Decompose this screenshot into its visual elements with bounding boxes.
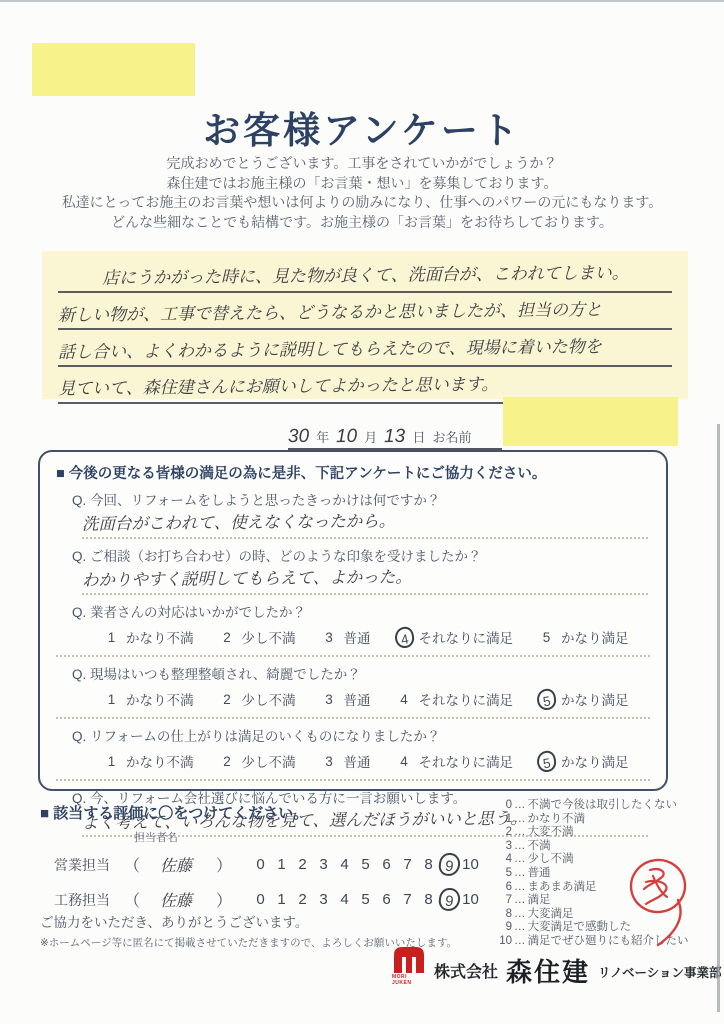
handwritten-text: 店にうかがった時に、見た物が良くて、洗面台が、こわれてしまい。: [102, 256, 629, 293]
option-item: 3普通: [320, 751, 371, 772]
legend-separator: …: [514, 853, 526, 867]
option-number: 1: [102, 627, 121, 648]
legend-separator: …: [514, 799, 526, 813]
score-number: 0: [250, 853, 271, 876]
survey-box: ■ 今後の更なる皆様の満足の為に是非、下記アンケートにご協力ください。 Q. 今…: [38, 450, 668, 791]
handwritten-message-panel: 店にうかがった時に、見た物が良くて、洗面台が、こわれてしまい。 新しい物が、工事…: [42, 251, 688, 399]
option-number: 2: [218, 751, 237, 772]
option-label: それなりに満足: [419, 689, 514, 709]
option-label: 少し不満: [242, 627, 296, 647]
option-item: 5かなり満足: [537, 689, 629, 710]
intro-line: 森住建ではお施主様の「お言葉・想い」を募集しております。: [0, 174, 724, 194]
score-number: 5: [355, 853, 376, 876]
rating-row-sales: 営業担当 （ 佐藤 ） 012345678910: [54, 849, 500, 880]
legend-text: 大変不満: [528, 826, 574, 840]
selected-option-circle: 5: [535, 687, 557, 711]
option-item: 4それなりに満足: [395, 689, 514, 710]
date-day-label: 日: [412, 430, 425, 446]
options-row: 1かなり不満2少し不満3普通4それなりに満足5かなり満足: [102, 749, 650, 773]
legend-number: 2: [494, 826, 512, 840]
logo-m-icon: MORI JUKEN: [392, 945, 426, 986]
score-number: 7: [397, 888, 418, 911]
scan-edge-right: [717, 424, 720, 1012]
question-text: Q. 業者さんの対応はいかがでしたか？: [72, 601, 650, 621]
question-text: Q. ご相談（お打ち合わせ）の時、どのような印象を受けましたか？: [72, 545, 650, 565]
score-number: 5: [355, 888, 376, 911]
legend-text: 大変満足で感動した: [528, 921, 632, 935]
option-item: 1かなり不満: [102, 627, 194, 648]
score-number: 1: [271, 888, 292, 911]
legend-separator: …: [514, 813, 526, 827]
legend-number: 8: [494, 908, 512, 922]
page-title: お客様アンケート: [0, 100, 724, 154]
paren-close: ）: [216, 888, 228, 911]
option-number: 4: [395, 689, 414, 710]
date-year-label: 年: [316, 430, 329, 446]
rating-row-label: 営業担当: [54, 855, 124, 875]
options-row: 1かなり不満2少し不満3普通4それなりに満足5かなり満足: [102, 687, 650, 711]
intro-line: どんな些細なことでも結構です。お施主様の「お言葉」をお待ちしております。: [0, 213, 724, 233]
question-block-5: Q. リフォームの仕上がりは満足のいくものになりましたか？ 1かなり不満2少し不…: [56, 725, 650, 781]
message-line: 新しい物が、工事で替えたら、どうなるかと思いましたが、担当の方と: [58, 293, 672, 330]
company-division: リノベーション事業部: [598, 963, 722, 986]
option-number: 3: [320, 627, 339, 648]
option-number: 2: [218, 627, 237, 648]
message-line: 話し合い、よくわかるように説明してもらえたので、現場に着いた物を: [58, 330, 672, 367]
option-number: 1: [102, 689, 121, 710]
handwritten-answer: 洗面台がこわれて、使えなくなったから。: [82, 510, 648, 539]
rating-scale: 012345678910: [250, 888, 481, 911]
score-number: 4: [334, 853, 355, 876]
option-number: 2: [218, 689, 237, 710]
options-row: 1かなり不満2少し不満3普通4それなりに満足5かなり満足: [102, 625, 650, 649]
staff-name-handwritten: 佐藤: [136, 888, 216, 912]
option-item: 3普通: [320, 627, 371, 648]
rating-row-label: 工務担当: [54, 890, 124, 910]
selected-score-circle: 9: [438, 852, 462, 878]
paren-close: ）: [216, 853, 228, 876]
logo-caption: MORI JUKEN: [392, 974, 426, 986]
legend-separator: …: [514, 881, 526, 895]
handwritten-text: わかりやすく説明してもらえて、よかった。: [82, 564, 412, 594]
question-text: Q. リフォームの仕上がりは満足のいくものになりましたか？: [72, 725, 650, 745]
thanks-text: ご協力をいただき、ありがとうございます。: [40, 911, 308, 931]
dotted-separator: [56, 777, 650, 781]
score-number: 0: [250, 888, 271, 911]
legend-number: 1: [494, 813, 512, 827]
option-item: 2少し不満: [218, 689, 296, 710]
scan-top-edge: [0, 0, 724, 2]
score-number: 10: [460, 888, 481, 911]
name-field-label: お名前: [432, 430, 471, 446]
legend-number: 6: [494, 881, 512, 895]
date-line: 30 年 10 月 13 日 お名前: [288, 413, 502, 450]
legend-item: 1…かなり不満: [494, 813, 689, 827]
legend-separator: …: [514, 826, 526, 840]
score-number: 8: [418, 888, 439, 911]
question-text: Q. 現場はいつも整理整頓され、綺麗でしたか？: [72, 663, 650, 683]
option-item: 3普通: [320, 689, 371, 710]
option-item: 5かなり満足: [537, 751, 629, 772]
legend-number: 9: [494, 921, 512, 935]
option-label: かなり満足: [561, 627, 629, 647]
paren-open: （: [124, 888, 136, 911]
intro-text: 完成おめでとうございます。工事をされていかがでしょうか？ 森住建ではお施主様の「…: [0, 154, 724, 232]
handwritten-answer: わかりやすく説明してもらえて、よかった。: [82, 566, 648, 595]
legend-text: かなり不満: [528, 813, 586, 827]
dotted-separator: [56, 715, 650, 719]
score-number: 4: [334, 888, 355, 911]
survey-section-header: ■ 今後の更なる皆様の満足の為に是非、下記アンケートにご協力ください。: [56, 462, 650, 483]
question-block-2: Q. ご相談（お打ち合わせ）の時、どのような印象を受けましたか？ わかりやすく説…: [56, 545, 650, 595]
legend-text: 少し不満: [528, 853, 574, 867]
scanned-survey-page: お客様アンケート 完成おめでとうございます。工事をされていかがでしょうか？ 森住…: [0, 0, 724, 1024]
paren-open: （: [124, 853, 136, 876]
score-number: 2: [292, 888, 313, 911]
staff-name-label: 担当者名: [134, 829, 500, 845]
legend-number: 5: [494, 867, 512, 881]
selected-score-circle: 9: [438, 887, 462, 913]
score-number: 8: [418, 853, 439, 876]
legend-separator: …: [514, 908, 526, 922]
company-prefix: 株式会社: [434, 959, 498, 986]
name-redaction: [503, 397, 678, 446]
date-year-value: 30: [288, 427, 309, 446]
date-month-label: 月: [364, 430, 377, 446]
score-number: 7: [397, 853, 418, 876]
rating-section-header: ■ 該当する評価に〇をつけてください。: [40, 802, 500, 823]
option-label: 普通: [344, 627, 371, 647]
intro-line: 私達にとってお施主のお言葉や想いは何よりの励みになり、仕事へのパワーの元にもなり…: [0, 193, 724, 213]
rating-section: ■ 該当する評価に〇をつけてください。 担当者名 営業担当 （ 佐藤 ） 012…: [40, 802, 500, 915]
option-label: かなり不満: [126, 689, 194, 709]
question-block-1: Q. 今回、リフォームをしようと思ったきっかけは何ですか？ 洗面台がこわれて、使…: [56, 489, 650, 539]
company-name: 森住建: [506, 958, 590, 986]
legend-separator: …: [514, 840, 526, 854]
legend-number: 7: [494, 894, 512, 908]
question-text: Q. 今回、リフォームをしようと思ったきっかけは何ですか？: [72, 489, 650, 509]
legend-number: 0: [494, 799, 512, 813]
legend-separator: …: [514, 921, 526, 935]
message-line: 店にうかがった時に、見た物が良くて、洗面台が、こわれてしまい。: [58, 256, 672, 293]
legend-text: 不満で今後は取引したくない: [528, 799, 678, 813]
option-item: 1かなり不満: [102, 751, 194, 772]
question-block-4: Q. 現場はいつも整理整頓され、綺麗でしたか？ 1かなり不満2少し不満3普通4そ…: [56, 663, 650, 719]
legend-item: 2…大変不満: [494, 826, 689, 840]
score-number: 3: [313, 888, 334, 911]
score-number: 3: [313, 853, 334, 876]
option-number: 1: [102, 751, 121, 772]
legend-text: 満足: [528, 894, 551, 908]
handwritten-text: 話し合い、よくわかるように説明してもらえたので、現場に着いた物を: [58, 330, 602, 367]
legend-text: まあまあ満足: [528, 881, 597, 895]
option-label: それなりに満足: [419, 751, 514, 771]
question-block-3: Q. 業者さんの対応はいかがでしたか？ 1かなり不満2少し不満3普通4それなりに…: [56, 601, 650, 657]
option-item: 5かなり満足: [537, 627, 629, 648]
legend-separator: …: [514, 894, 526, 908]
legend-separator: …: [514, 867, 526, 881]
dotted-separator: [56, 653, 650, 657]
option-label: 少し不満: [242, 751, 296, 771]
staff-name-handwritten: 佐藤: [136, 853, 216, 877]
option-number: 5: [537, 627, 556, 648]
option-label: かなり不満: [126, 751, 194, 771]
date-month-value: 10: [336, 427, 357, 446]
option-number: 3: [320, 751, 339, 772]
score-number: 6: [376, 853, 397, 876]
option-label: それなりに満足: [419, 627, 514, 647]
legend-number: 4: [494, 853, 512, 867]
option-item: 1かなり不満: [102, 689, 194, 710]
legend-text: 不満: [528, 840, 551, 854]
option-label: かなり満足: [561, 751, 629, 771]
name-redaction-top: [32, 43, 195, 96]
handwritten-text: 洗面台がこわれて、使えなくなったから。: [82, 508, 395, 538]
red-seal-mark: [620, 852, 698, 948]
score-number: 1: [271, 853, 292, 876]
legend-text: 普通: [528, 867, 551, 881]
option-label: 普通: [344, 689, 371, 709]
handwritten-text: 新しい物が、工事で替えたら、どうなるかと思いましたが、担当の方と: [58, 293, 602, 330]
legend-number: 3: [494, 840, 512, 854]
score-number: 6: [376, 888, 397, 911]
option-item: 2少し不満: [218, 627, 296, 648]
rating-scale: 012345678910: [250, 853, 481, 876]
legend-item: 0…不満で今後は取引したくない: [494, 799, 689, 813]
option-label: 普通: [344, 751, 371, 771]
selected-option-circle: 4: [393, 625, 415, 649]
option-number: 3: [320, 689, 339, 710]
handwritten-text: 見ていて、森住建さんにお願いしてよかったと思います。: [58, 367, 499, 404]
option-label: かなり満足: [561, 689, 629, 709]
option-label: かなり不満: [126, 627, 194, 647]
company-logo-row: MORI JUKEN 株式会社 森住建 リノベーション事業部: [392, 945, 722, 986]
selected-option-circle: 5: [535, 749, 557, 773]
option-item: 4それなりに満足: [395, 751, 514, 772]
score-number: 10: [460, 853, 481, 876]
option-number: 4: [395, 751, 414, 772]
score-number: 2: [292, 853, 313, 876]
date-day-value: 13: [384, 427, 405, 446]
intro-line: 完成おめでとうございます。工事をされていかがでしょうか？: [0, 154, 724, 174]
legend-text: 大変満足: [528, 908, 574, 922]
option-item: 2少し不満: [218, 751, 296, 772]
option-item: 4それなりに満足: [395, 627, 514, 648]
option-label: 少し不満: [242, 689, 296, 709]
